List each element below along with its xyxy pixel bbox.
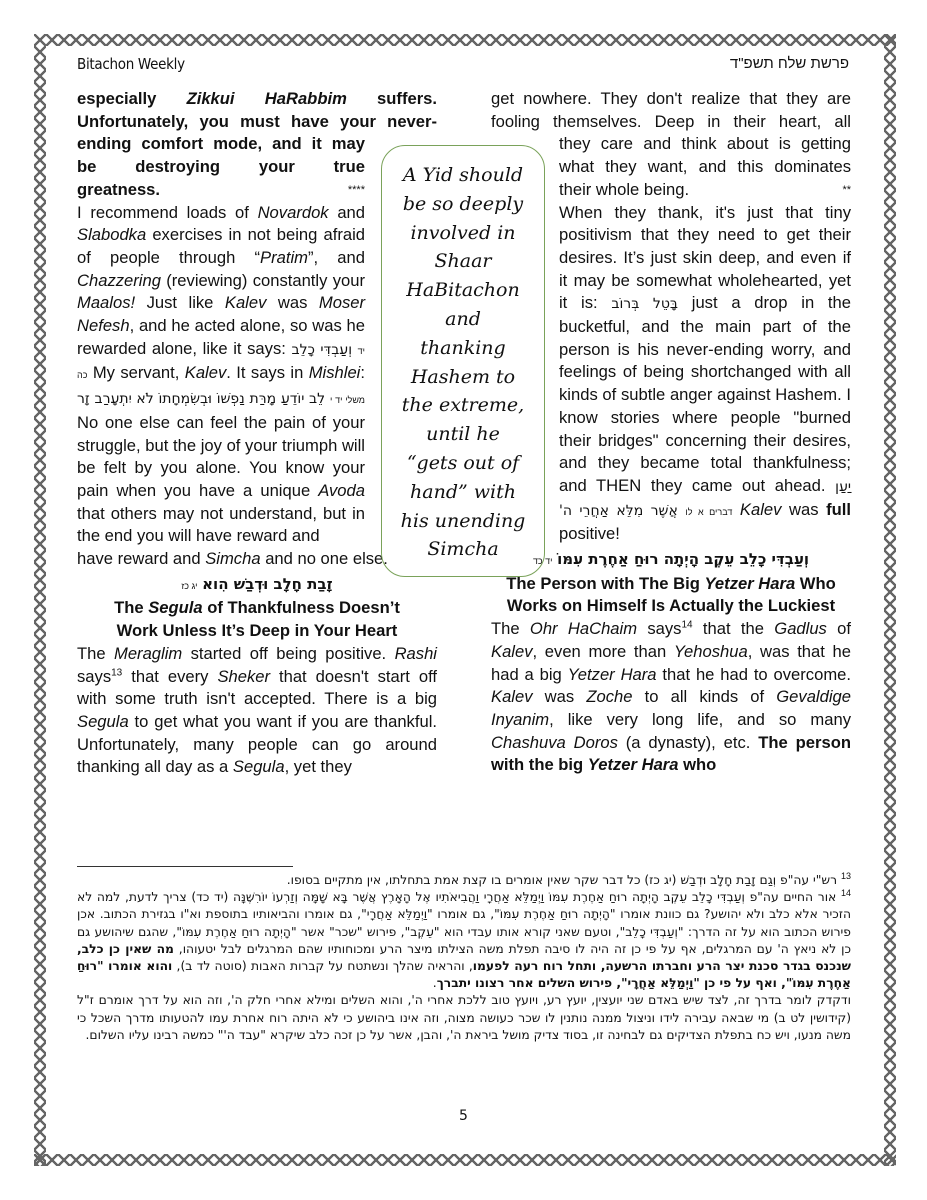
source-citation: דברים א לו [685,507,732,517]
italic-term: Avoda [318,481,365,500]
footnote-ref-13[interactable]: 13 [111,667,122,678]
text-line: fooling themselves. Deep in their heart,… [491,111,851,134]
footnote-13: 13 רש"י עה"פ וְגַם זָבַת חָלָב וּדְבַשׁ … [77,872,851,889]
italic-term: Simcha [205,549,260,568]
italic-term: Chazzering [77,271,161,290]
text: (a dynasty), etc. [618,733,758,752]
bold-line: Unfortunately, you must have your never- [77,111,437,134]
text: says [637,619,681,638]
italic-term: Zikkui HaRabbim [187,89,347,108]
bold-line: especially Zikkui HaRabbim suffers. [77,88,437,111]
text: to all kinds of [632,687,776,706]
section-hebrew-heading: וְעַבְדִּי כָלֵב עֵקֶב הָיְתָה רוּחַ אַח… [491,548,851,573]
italic-term: Kalev [491,687,533,706]
text: was [781,500,826,519]
text-line: get nowhere. They don't realize that the… [491,88,851,111]
paragraph: they care and think about is getting wha… [559,133,851,201]
italic-term: Segula [77,712,129,731]
text: says [77,667,111,686]
text: that others may not understand, but in t… [77,504,365,546]
italic-term: Rashi [395,644,437,663]
bold-line-last: greatness. **** [77,179,365,202]
text: that he had to overcome. [657,665,851,684]
text: was [266,293,318,312]
footnote-text: , והראיה שהלך ונשתטח על קברות האבות (סוט… [172,959,473,973]
source-citation: יד כד [533,556,553,566]
bold-term: full [826,500,851,519]
italic-term: Yetzer Hara [568,665,657,684]
italic-term: Kalev [740,500,782,519]
left-narrow-section: ending comfort mode, and it may be destr… [77,133,365,548]
bold-term: who [679,755,717,774]
paragraph: I recommend loads of Novardok and Slabod… [77,202,365,549]
text: My servant, [87,363,184,382]
italic-term: Sheker [217,667,270,686]
text: ”, and [308,248,365,267]
text: : [360,363,365,382]
italic-term: Kalev [185,363,227,382]
bold-line: ending comfort mode, and it may [77,133,365,156]
text: they care and think about is getting wha… [559,134,851,198]
page-number: 5 [459,1108,468,1124]
italic-term: Pratim [260,248,308,267]
section-separator: **** [348,179,365,202]
section-heading: The Segula of Thankfulness Doesn’t Work … [77,597,437,642]
parsha-title: פרשת שלח תשפ"ד [730,55,849,72]
italic-term: Meraglim [114,644,182,663]
publication-title: Bitachon Weekly [77,55,185,73]
right-column: get nowhere. They don't realize that the… [491,88,851,777]
hebrew-verse: וְעַבְדִּי כָלֵב עֵקֶב הָיְתָה רוּחַ אַח… [557,550,809,568]
italic-term: Mishlei [309,363,361,382]
footnote-14: 14 אור החיים עה"פ וְעַבְדִּי כָלֵב עֵקֶב… [77,889,851,992]
text: just a drop in the bucketful, and the ma… [559,293,851,495]
italic-term: Zoche [586,687,632,706]
footnote-number: 14 [841,888,851,898]
paragraph: When they thank, it's just that tiny pos… [559,202,851,547]
page-border-right [884,34,896,1166]
source-citation: משלי יד י [330,395,365,405]
right-narrow-section: they care and think about is getting wha… [559,133,851,546]
page-border-top [34,34,896,46]
text: of [827,619,851,638]
section-heading: The Person with The Big Yetzer Hara Who … [491,573,851,618]
text: The [114,598,148,617]
hebrew-verse: זָבַת חָלָב וּדְבַשׁ הִוא [202,575,332,593]
page-border-left [34,34,46,1166]
hebrew-quote: בָּטֵל בְּרוֹב [611,296,678,312]
text: . It says in [226,363,308,382]
italic-term: Yehoshua [674,642,748,661]
footnote-ref-14[interactable]: 14 [681,620,692,631]
hebrew-quote: וְעַבְדִּי כָלֵב [292,342,353,358]
italic-term: Segula [148,598,202,617]
text: The [491,619,530,638]
footnote-text: אור החיים עה"פ וְעַבְדִּי כָלֵב עֵקֶב הָ… [77,890,851,956]
italic-term: Chashuva Doros [491,733,618,752]
footnote-number: 13 [841,871,851,881]
text: positive! [559,524,620,543]
text: (reviewing) constantly your [161,271,365,290]
text: The [77,644,114,663]
text: I recommend loads of [77,203,258,222]
section-separator: ** [842,179,851,202]
bold-text: greatness. [77,179,160,202]
italic-term: Kalev [225,293,267,312]
text: and no one else. [261,549,388,568]
bold-line: be destroying your true [77,156,365,179]
text: , even more than [533,642,674,661]
text: that every [122,667,217,686]
page-border-bottom [34,1154,896,1166]
footnote-separator [77,866,293,867]
text [732,500,740,519]
text: Just like [135,293,225,312]
italic-term: Novardok [258,203,329,222]
italic-term: Gadlus [774,619,827,638]
text: , yet they [285,757,352,776]
italic-term: Kalev [491,642,533,661]
text: and [329,203,365,222]
text: that the [693,619,775,638]
section-hebrew-heading: זָבַת חָלָב וּדְבַשׁ הִוא יג כז [77,573,437,598]
text: was [533,687,587,706]
italic-term: Segula [233,757,285,776]
paragraph: The Ohr HaChaim says14 that the Gadlus o… [491,618,851,777]
hebrew-quote: לֵב יוֹדֵעַ מָרַּת נַפְשׁוֹ וּבְשִׂמְחָת… [77,391,325,407]
footnote-text: ודקדק לומר בדרך זה, לצד שיש באדם שני יוע… [77,993,851,1041]
italic-term: Ohr HaChaim [530,619,637,638]
source-citation: יג כז [181,581,197,591]
italic-term: Yetzer Hara [704,574,795,593]
text: The Person with The Big [506,574,704,593]
bold-italic-term: Yetzer Hara [588,755,679,774]
paragraph: The Meraglim started off being positive.… [77,643,437,779]
text: , like very long life, and so many [549,710,851,729]
footnotes: 13 רש"י עה"פ וְגַם זָבַת חָלָב וּדְבַשׁ … [77,872,851,1044]
italic-term: Maalos! [77,293,135,312]
text: started off being positive. [182,644,394,663]
italic-term: Slabodka [77,225,146,244]
footnote-14-continued: ודקדק לומר בדרך זה, לצד שיש באדם שני יוע… [77,992,851,1044]
footnote-text: רש"י עה"פ וְגַם זָבַת חָלָב וּדְבַשׁ (יג… [287,873,837,887]
